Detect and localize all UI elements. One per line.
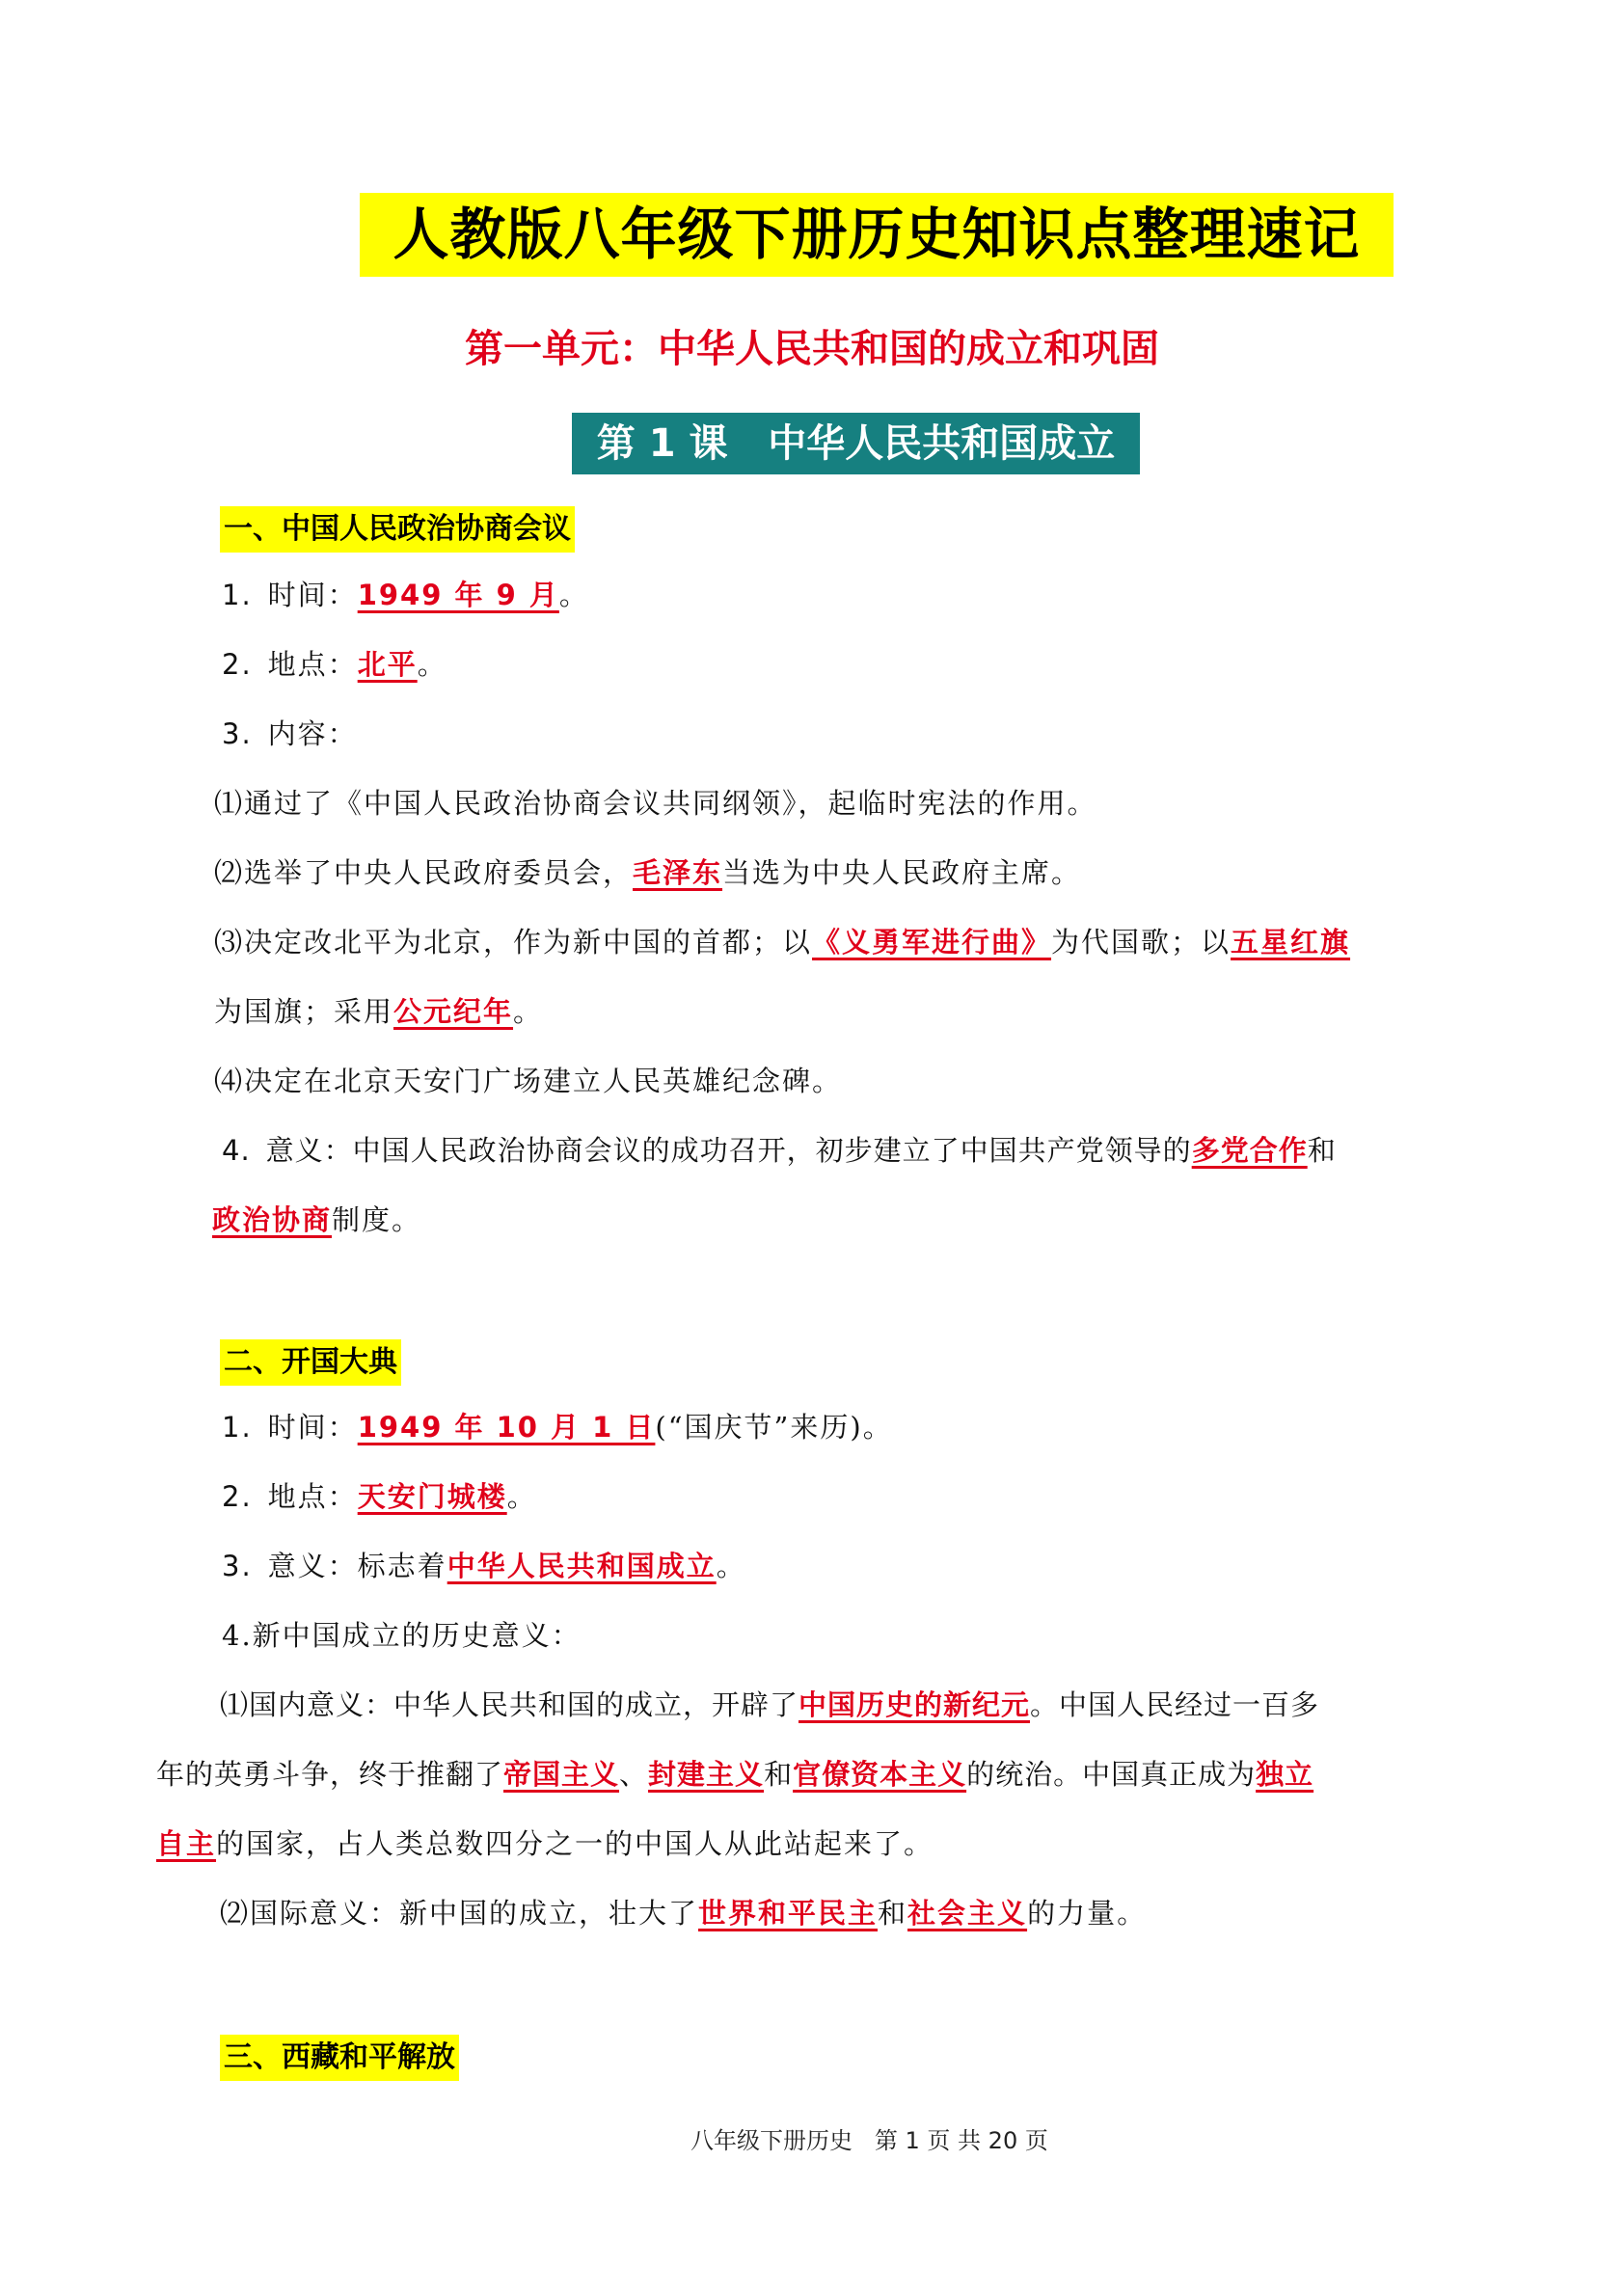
key-point: 中华人民共和国成立	[447, 1550, 717, 1582]
text: 和	[764, 1758, 793, 1791]
unit-title: 第一单元：中华人民共和国的成立和巩固	[0, 320, 1624, 378]
tail-text: 。	[418, 648, 447, 681]
tail-text: 。	[559, 579, 589, 611]
label: 时间：	[268, 579, 358, 611]
text: ⑵选举了中央人民政府委员会，	[214, 856, 633, 889]
line-content-2: ⑵选举了中央人民政府委员会，毛泽东当选为中央人民政府主席。	[214, 851, 1081, 894]
line-content-1: ⑴通过了《中国人民政治协商会议共同纲领》，起临时宪法的作用。	[214, 782, 1097, 824]
line-content-3: ⑶决定改北平为北京，作为新中国的首都；以《义勇军进行曲》为代国歌；以五星红旗	[214, 921, 1350, 963]
text: ⑵国际意义：新中国的成立，壮大了	[220, 1897, 698, 1930]
tail-text: 。	[507, 1480, 537, 1513]
lesson-title: 第 1 课 中华人民共和国成立	[572, 413, 1140, 474]
key-point: 毛泽东	[633, 856, 722, 889]
line-place: 2.地点：北平。	[222, 643, 447, 686]
item-number: 1.	[222, 579, 253, 611]
section-heading-cppcc: 一、中国人民政治协商会议	[220, 506, 575, 553]
line-domestic-significance-cont: 年的英勇斗争，终于推翻了帝国主义、封建主义和官僚资本主义的统治。中国真正成为独立	[156, 1753, 1313, 1795]
line-time: 1.时间：1949 年 9 月。	[222, 574, 589, 616]
tail-text: 制度。	[332, 1203, 421, 1236]
text: ⑴通过了《中国人民政治协商会议共同纲领》，起临时宪法的作用。	[214, 787, 1097, 820]
text: ⑴国内意义：中华人民共和国的成立，开辟了	[220, 1688, 798, 1721]
item-number: 4.	[222, 1134, 251, 1167]
item-number: 1.	[222, 1411, 253, 1444]
line-time: 1.时间：1949 年 10 月 1 日(“国庆节”来历)。	[222, 1406, 893, 1448]
key-point: 天安门城楼	[358, 1480, 507, 1513]
tail-text: 。	[717, 1550, 746, 1582]
key-point: 多党合作	[1192, 1134, 1308, 1167]
item-number: 3.	[222, 717, 253, 750]
tail-text: 。中国人民经过一百多	[1030, 1688, 1319, 1721]
page-footer: 八年级下册历史 第 1 页 共 20 页	[690, 2123, 1048, 2158]
key-point: 世界和平民主	[698, 1897, 878, 1930]
item-number: 3.	[222, 1550, 253, 1582]
text: ⑷决定在北京天安门广场建立人民英雄纪念碑。	[214, 1065, 842, 1097]
line-domestic-significance-cont2: 自主的国家，占人类总数四分之一的中国人从此站起来了。	[156, 1822, 934, 1865]
line-place: 2.地点：天安门城楼。	[222, 1475, 537, 1518]
line-international-significance: ⑵国际意义：新中国的成立，壮大了世界和平民主和社会主义的力量。	[220, 1892, 1147, 1934]
tail-text: 。	[513, 995, 543, 1028]
tail-text: 当选为中央人民政府主席。	[722, 856, 1081, 889]
key-point: 官僚资本主义	[793, 1758, 966, 1791]
line-content: 3.内容：	[222, 713, 358, 755]
key-point: 政治协商	[212, 1203, 332, 1236]
key-point: 公元纪年	[393, 995, 513, 1028]
key-point: 1949 年 9 月	[358, 579, 559, 611]
key-point: 社会主义	[907, 1897, 1027, 1930]
tail-text: 的国家，占人类总数四分之一的中国人从此站起来了。	[216, 1827, 934, 1860]
key-point: 封建主义	[648, 1758, 764, 1791]
text: 4.新中国成立的历史意义：	[222, 1619, 582, 1652]
line-domestic-significance: ⑴国内意义：中华人民共和国的成立，开辟了中国历史的新纪元。中国人民经过一百多	[220, 1684, 1319, 1726]
text: 、	[619, 1758, 648, 1791]
item-number: 2.	[222, 648, 253, 681]
text: 意义：中国人民政治协商会议的成功召开，初步建立了中国共产党领导的	[266, 1134, 1192, 1167]
item-number: 2.	[222, 1480, 253, 1513]
label: 地点：	[268, 648, 358, 681]
label: 地点：	[268, 1480, 358, 1513]
line-significance: 4.意义：中国人民政治协商会议的成功召开，初步建立了中国共产党领导的多党合作和	[222, 1129, 1337, 1172]
line-significance: 3.意义：标志着中华人民共和国成立。	[222, 1545, 746, 1587]
label: 意义：标志着	[268, 1550, 447, 1582]
text: 年的英勇斗争，终于推翻了	[156, 1758, 503, 1791]
text: 为国旗；采用	[214, 995, 393, 1028]
text: 的统治。中国真正成为	[966, 1758, 1256, 1791]
key-point: 中国历史的新纪元	[798, 1688, 1030, 1721]
tail-text: 的力量。	[1027, 1897, 1147, 1930]
label: 时间：	[268, 1411, 358, 1444]
key-point: 北平	[358, 648, 418, 681]
line-content-3-cont: 为国旗；采用公元纪年。	[214, 990, 543, 1033]
line-significance-cont: 政治协商制度。	[212, 1199, 421, 1241]
key-point: 1949 年 10 月 1 日	[358, 1411, 656, 1444]
key-point: 独立	[1256, 1758, 1313, 1791]
text: 和	[878, 1897, 907, 1930]
document-title: 人教版八年级下册历史知识点整理速记	[360, 193, 1394, 277]
text: 为代国歌；以	[1051, 926, 1231, 958]
key-point: 帝国主义	[503, 1758, 619, 1791]
tail-text: (“国庆节”来历)。	[655, 1411, 892, 1444]
tail-text: 和	[1308, 1134, 1337, 1167]
line-historical-significance: 4.新中国成立的历史意义：	[222, 1614, 582, 1657]
key-point: 自主	[156, 1827, 216, 1860]
section-heading-tibet: 三、西藏和平解放	[220, 2035, 459, 2081]
section-heading-founding-ceremony: 二、开国大典	[220, 1339, 401, 1386]
key-point: 《义勇军进行曲》	[812, 926, 1051, 958]
key-point: 五星红旗	[1231, 926, 1350, 958]
text: ⑶决定改北平为北京，作为新中国的首都；以	[214, 926, 812, 958]
label: 内容：	[268, 717, 358, 750]
line-content-4: ⑷决定在北京天安门广场建立人民英雄纪念碑。	[214, 1060, 842, 1102]
